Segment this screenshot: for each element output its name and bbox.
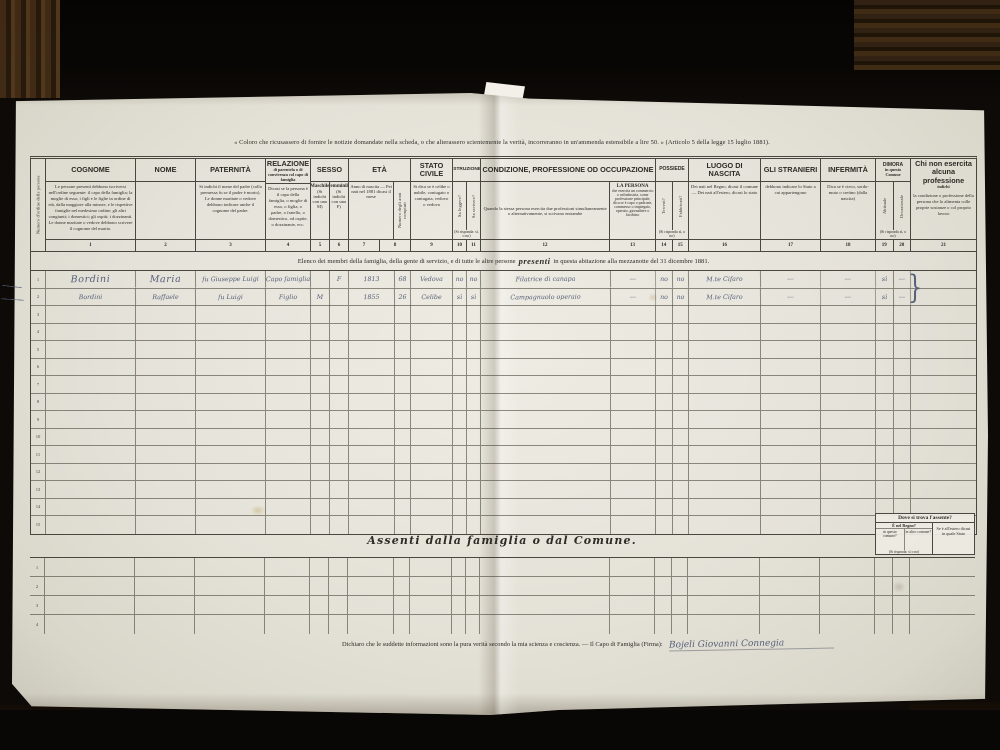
cell xyxy=(310,596,329,614)
cell xyxy=(688,615,760,634)
col-title: INFERMITÀ xyxy=(821,159,875,182)
cell xyxy=(876,324,894,341)
col-title: GLI STRANIERI xyxy=(761,159,820,182)
subcol-due-professioni: Quando la stessa persona esercita due pr… xyxy=(481,182,610,239)
cell xyxy=(46,481,136,498)
cell xyxy=(311,271,330,288)
table-row: 4 xyxy=(30,615,975,634)
cell xyxy=(876,481,894,498)
cell xyxy=(395,464,411,481)
signature-handwriting: Bojeli Giovanni Connegia xyxy=(669,638,834,652)
cell xyxy=(196,341,266,358)
cell xyxy=(760,558,820,576)
cell xyxy=(688,596,760,614)
cell xyxy=(481,446,611,463)
cell xyxy=(761,411,821,428)
cell xyxy=(875,596,893,614)
cell xyxy=(196,464,266,481)
cell xyxy=(453,516,467,534)
subcol-note: (Si risponda sì, o no) xyxy=(876,230,910,239)
cell xyxy=(911,341,976,358)
cell xyxy=(481,324,611,341)
subcol-sa-leggere: Sa leggere? xyxy=(453,182,467,230)
cell xyxy=(329,577,348,595)
cell xyxy=(688,577,760,595)
handwritten-entry: no xyxy=(673,271,689,288)
cell xyxy=(689,411,761,428)
note-text: Le donne maritate o vedove debbono indic… xyxy=(205,196,256,213)
cell xyxy=(330,359,349,376)
cell xyxy=(467,499,481,516)
handwritten-entry: Celibe xyxy=(411,288,453,305)
cell xyxy=(876,411,894,428)
col-note: Si dica se è celibe o nubile, coniugato … xyxy=(411,182,452,239)
col-title: Chi non esercita alcuna professioneindic… xyxy=(911,159,976,191)
cell xyxy=(329,558,348,576)
cell xyxy=(411,411,453,428)
cell xyxy=(689,481,761,498)
cell xyxy=(45,615,135,634)
row-number: 4 xyxy=(31,324,46,341)
cell xyxy=(820,596,875,614)
col-header-nome: NOME 2 xyxy=(136,159,196,251)
subcol-anno-nascita: Anno di nascita — Pei nati nel 1881 dica… xyxy=(349,182,394,239)
row-number: 9 xyxy=(31,411,46,428)
row-number: 2 xyxy=(30,577,45,595)
cell xyxy=(894,411,911,428)
assenti-rows: 1234 xyxy=(30,557,975,634)
cell xyxy=(821,464,876,481)
cell xyxy=(656,411,673,428)
cell xyxy=(135,577,195,595)
cell xyxy=(394,577,410,595)
cell xyxy=(266,446,311,463)
row-number: 1 xyxy=(30,558,45,576)
cell xyxy=(453,499,467,516)
cell xyxy=(195,558,265,576)
cell xyxy=(330,376,349,393)
cell xyxy=(821,306,876,323)
cell xyxy=(349,376,395,393)
cell xyxy=(266,341,311,358)
cell xyxy=(760,596,820,614)
cell xyxy=(46,411,136,428)
handwritten-entry: Maria xyxy=(136,271,196,288)
cell xyxy=(689,394,761,411)
cell xyxy=(820,558,875,576)
handwritten-entry: Bordini xyxy=(46,271,136,288)
cell xyxy=(136,464,196,481)
handwritten-entry: sì xyxy=(876,271,894,288)
cell xyxy=(329,615,348,634)
cell xyxy=(311,481,330,498)
cell xyxy=(467,376,481,393)
handwritten-entry: 1813 xyxy=(349,271,395,288)
cell xyxy=(46,324,136,341)
cell xyxy=(481,359,611,376)
row-number: 13 xyxy=(31,481,46,498)
subcol-title: Sa scrivere? xyxy=(471,184,476,228)
cell xyxy=(411,341,453,358)
cell xyxy=(411,481,453,498)
subcol-anni-compiuti: Numero degli anni compiuti xyxy=(394,182,410,239)
cell xyxy=(876,394,894,411)
cell xyxy=(330,324,349,341)
cell xyxy=(611,499,656,516)
handwritten-entry: Campagnuolo operaio xyxy=(481,288,611,306)
cell xyxy=(411,376,453,393)
cell xyxy=(656,394,673,411)
col-note: Dei nati nel Regno, dicasi il comune — D… xyxy=(689,182,760,239)
cell xyxy=(481,516,611,534)
cell xyxy=(411,446,453,463)
cell xyxy=(610,596,655,614)
cell xyxy=(480,596,610,614)
cell xyxy=(394,558,410,576)
cell xyxy=(266,359,311,376)
cell xyxy=(876,376,894,393)
cell xyxy=(911,481,976,498)
cell xyxy=(689,341,761,358)
cell xyxy=(820,615,875,634)
col-title: CONDIZIONE, PROFESSIONE OD OCCUPAZIONE xyxy=(481,159,655,182)
cell xyxy=(910,596,975,614)
cell xyxy=(893,615,910,634)
cell xyxy=(481,306,611,323)
table-row: 2 xyxy=(30,577,975,596)
handwritten-entry: Raffaele xyxy=(136,288,196,305)
cell xyxy=(656,499,673,516)
cell xyxy=(136,411,196,428)
cell xyxy=(673,411,689,428)
census-sheet: « Coloro che ricusassero di fornire le n… xyxy=(12,93,988,715)
cell xyxy=(453,376,467,393)
cell xyxy=(46,446,136,463)
cell xyxy=(894,359,911,376)
table-row: 11 xyxy=(31,446,976,464)
cell xyxy=(311,411,330,428)
cell xyxy=(349,411,395,428)
cell xyxy=(467,411,481,428)
handwritten-entry: M.te Cifaro xyxy=(689,288,761,305)
subcol-fabbricati: Fabbricati? xyxy=(673,182,689,230)
cell xyxy=(46,376,136,393)
table-row: 2BordiniRaffaelefu LuigiFiglioM185526Cel… xyxy=(31,289,976,307)
handwritten-entry: — xyxy=(761,288,821,305)
cell xyxy=(655,596,672,614)
handwritten-entry: fu Giuseppe Luigi xyxy=(196,271,266,288)
cell xyxy=(195,577,265,595)
elenco-line: Elenco dei membri della famiglia, della … xyxy=(31,252,976,271)
col-header-istruzione: ISTRUZIONE Sa leggere? Sa scrivere? (Si … xyxy=(453,159,481,251)
cell xyxy=(311,464,330,481)
cell xyxy=(330,411,349,428)
cell xyxy=(196,481,266,498)
handwritten-entry: no xyxy=(656,271,673,288)
cell xyxy=(330,429,349,446)
cell xyxy=(266,516,311,534)
subcol-title: Terreni? xyxy=(661,184,666,228)
row-number: 15 xyxy=(31,516,46,534)
cell xyxy=(673,446,689,463)
subcol-note: (Si risponda sì, o no) xyxy=(656,230,688,239)
cell xyxy=(394,615,410,634)
cell xyxy=(266,306,311,323)
cell xyxy=(311,324,330,341)
table-row: 7 xyxy=(31,376,976,394)
cell xyxy=(196,324,266,341)
row-number: 7 xyxy=(31,376,46,393)
cell xyxy=(46,429,136,446)
cell xyxy=(821,341,876,358)
cell xyxy=(655,577,672,595)
cell xyxy=(467,306,481,323)
absbox-title: Dove si trova l'assente? xyxy=(876,514,974,523)
cell xyxy=(467,341,481,358)
cell xyxy=(656,464,673,481)
cell xyxy=(266,429,311,446)
note-text: Le donne maritate o vedove debbono scriv… xyxy=(49,220,133,231)
cell xyxy=(46,499,136,516)
cell xyxy=(453,446,467,463)
cell xyxy=(310,615,329,634)
cell xyxy=(136,376,196,393)
elenco-text: in questa abitazione alla mezzanotte del… xyxy=(553,258,709,265)
cell xyxy=(466,558,480,576)
col-number: 9 xyxy=(411,240,452,251)
cell xyxy=(349,464,395,481)
col-header-stato-civile: STATO CIVILE Si dica se è celibe o nubil… xyxy=(411,159,453,251)
cell xyxy=(655,615,672,634)
cell xyxy=(46,394,136,411)
col-number: 20 xyxy=(894,240,911,251)
cell xyxy=(481,429,611,446)
cell xyxy=(673,306,689,323)
cell xyxy=(689,359,761,376)
wood-background xyxy=(854,0,1000,70)
cell xyxy=(467,446,481,463)
table-row: 1 xyxy=(30,558,975,577)
cell xyxy=(894,324,911,341)
cell xyxy=(761,481,821,498)
cell xyxy=(481,394,611,411)
cell xyxy=(673,394,689,411)
cell xyxy=(875,615,893,634)
cell xyxy=(453,481,467,498)
col-note: debbono indicare lo Stato a cui apparten… xyxy=(761,182,820,239)
cell xyxy=(135,596,195,614)
col-title: RELAZIONEdi parentela o di convivenza co… xyxy=(266,159,310,184)
handwritten-entry: — xyxy=(821,271,876,288)
pen-mark xyxy=(1,298,24,301)
cell xyxy=(196,394,266,411)
cell xyxy=(410,615,452,634)
cell xyxy=(349,324,395,341)
cell xyxy=(310,577,329,595)
handwritten-entry: — xyxy=(821,288,876,305)
cell xyxy=(481,499,611,516)
handwritten-entry: Figlio xyxy=(266,288,311,305)
subcol-title: Numero degli anni compiuti xyxy=(397,184,407,237)
cell xyxy=(395,394,411,411)
cell xyxy=(911,306,976,323)
cell xyxy=(760,577,820,595)
handwritten-entry: Filatrice di canapa xyxy=(481,270,611,288)
cell xyxy=(761,359,821,376)
absbox-estero: Se è all'estero dicasi in quale Stato xyxy=(933,523,974,554)
cell xyxy=(452,558,466,576)
cell xyxy=(611,411,656,428)
cell xyxy=(410,596,452,614)
wood-background xyxy=(0,0,60,98)
col-note: Le persone presenti debbono iscriversi n… xyxy=(46,182,135,239)
cell xyxy=(673,499,689,516)
subcol-note: (Si indichi con una M) xyxy=(312,189,328,209)
cell xyxy=(894,376,911,393)
cell xyxy=(136,481,196,498)
cell xyxy=(453,341,467,358)
cell xyxy=(411,394,453,411)
cell xyxy=(46,306,136,323)
cell xyxy=(656,359,673,376)
cell xyxy=(196,306,266,323)
cell xyxy=(893,558,910,576)
cell xyxy=(761,446,821,463)
cell xyxy=(136,306,196,323)
cell xyxy=(481,464,611,481)
col-header-chi-non-esercita: Chi non esercita alcuna professioneindic… xyxy=(911,159,976,251)
cell xyxy=(875,558,893,576)
col-number: 7 xyxy=(349,240,380,251)
row-number: 12 xyxy=(31,464,46,481)
handwritten-entry: — xyxy=(611,271,656,288)
cell xyxy=(453,429,467,446)
cell xyxy=(821,376,876,393)
cell xyxy=(311,394,330,411)
col-title: NOME xyxy=(136,159,195,182)
table-row: 3 xyxy=(31,306,976,324)
cell xyxy=(611,306,656,323)
cell xyxy=(821,446,876,463)
col-number: 18 xyxy=(821,240,875,251)
cell xyxy=(656,481,673,498)
col-title: ISTRUZIONE xyxy=(453,159,480,182)
row-number: 5 xyxy=(31,341,46,358)
handwritten-entry: no xyxy=(453,271,467,288)
table-row: 1BordiniMariafu Giuseppe LuigiCapo famig… xyxy=(31,271,976,289)
cell xyxy=(395,516,411,534)
table-row: 15 xyxy=(31,516,976,534)
handwritten-entry: Vedova xyxy=(411,271,453,288)
cell xyxy=(655,558,672,576)
cell xyxy=(821,429,876,446)
cell xyxy=(265,615,310,634)
col-header-ordine: Numero d'ordine delle persone xyxy=(31,159,46,251)
cell xyxy=(876,429,894,446)
cell xyxy=(266,481,311,498)
subtitle-text: in questo Comune xyxy=(877,168,909,177)
handwritten-entry: no xyxy=(673,288,689,305)
cell xyxy=(893,577,910,595)
cell xyxy=(266,324,311,341)
handwritten-entry: no xyxy=(467,271,481,288)
col-header-paternita: PATERNITÀ Si indichi il nome del padre (… xyxy=(196,159,266,251)
col-number: 19 xyxy=(876,240,894,251)
cell xyxy=(196,499,266,516)
row-number: 10 xyxy=(31,429,46,446)
cell xyxy=(265,596,310,614)
cell xyxy=(656,341,673,358)
cell xyxy=(910,615,975,634)
cell xyxy=(689,516,761,534)
cell xyxy=(136,359,196,376)
cell xyxy=(821,359,876,376)
col-number: 6 xyxy=(330,240,348,251)
handwritten-entry: sì xyxy=(876,288,894,305)
col-title: LUOGO DI NASCITA xyxy=(689,159,760,182)
cell xyxy=(453,324,467,341)
cell xyxy=(453,464,467,481)
handwritten-entry: sì xyxy=(467,288,481,305)
subcol-abituale: Abituale xyxy=(876,182,894,230)
cell xyxy=(876,446,894,463)
col-header-condizione: CONDIZIONE, PROFESSIONE OD OCCUPAZIONE Q… xyxy=(481,159,656,251)
cell xyxy=(348,596,394,614)
cell xyxy=(330,306,349,323)
subcol-title: Occasionale xyxy=(899,184,904,228)
col-note: Dicasi se la persona è il capo della fam… xyxy=(266,184,310,239)
cell xyxy=(452,615,466,634)
cell xyxy=(876,341,894,358)
cell xyxy=(673,481,689,498)
col-number: 21 xyxy=(911,240,976,251)
cell xyxy=(611,324,656,341)
cell xyxy=(310,558,329,576)
cell xyxy=(395,341,411,358)
cell xyxy=(761,341,821,358)
subcol-femminile: Femminile(Si indichi con una F) xyxy=(330,182,348,239)
declaration-line: Dichiaro che le suddette informazioni so… xyxy=(342,639,982,650)
cell xyxy=(689,324,761,341)
cell xyxy=(330,481,349,498)
cell xyxy=(481,341,611,358)
cell xyxy=(673,324,689,341)
cell xyxy=(266,376,311,393)
col-number: 12 xyxy=(481,240,610,251)
cell xyxy=(196,411,266,428)
col-number: 15 xyxy=(673,240,689,251)
census-table: Numero d'ordine delle persone COGNOME Le… xyxy=(30,156,977,535)
col-note: la condizione o professione della person… xyxy=(911,191,976,239)
cell xyxy=(196,429,266,446)
cell xyxy=(467,516,481,534)
table-row: 8 xyxy=(31,394,976,412)
cell xyxy=(395,411,411,428)
row-number: 3 xyxy=(30,596,45,614)
col-header-eta: ETÀ Anno di nascita — Pei nati nel 1881 … xyxy=(349,159,411,251)
cell xyxy=(672,558,688,576)
row-number: 2 xyxy=(31,289,46,306)
cell xyxy=(349,341,395,358)
assenti-heading: Assenti dalla famiglia o dal Comune. xyxy=(72,534,932,547)
table-row: 6 xyxy=(31,359,976,377)
cell xyxy=(761,376,821,393)
cell xyxy=(611,359,656,376)
cell xyxy=(311,516,330,534)
cell xyxy=(821,324,876,341)
col-header-sesso: SESSO Maschile(Si indichi con una M) Fem… xyxy=(311,159,349,251)
cell xyxy=(266,499,311,516)
